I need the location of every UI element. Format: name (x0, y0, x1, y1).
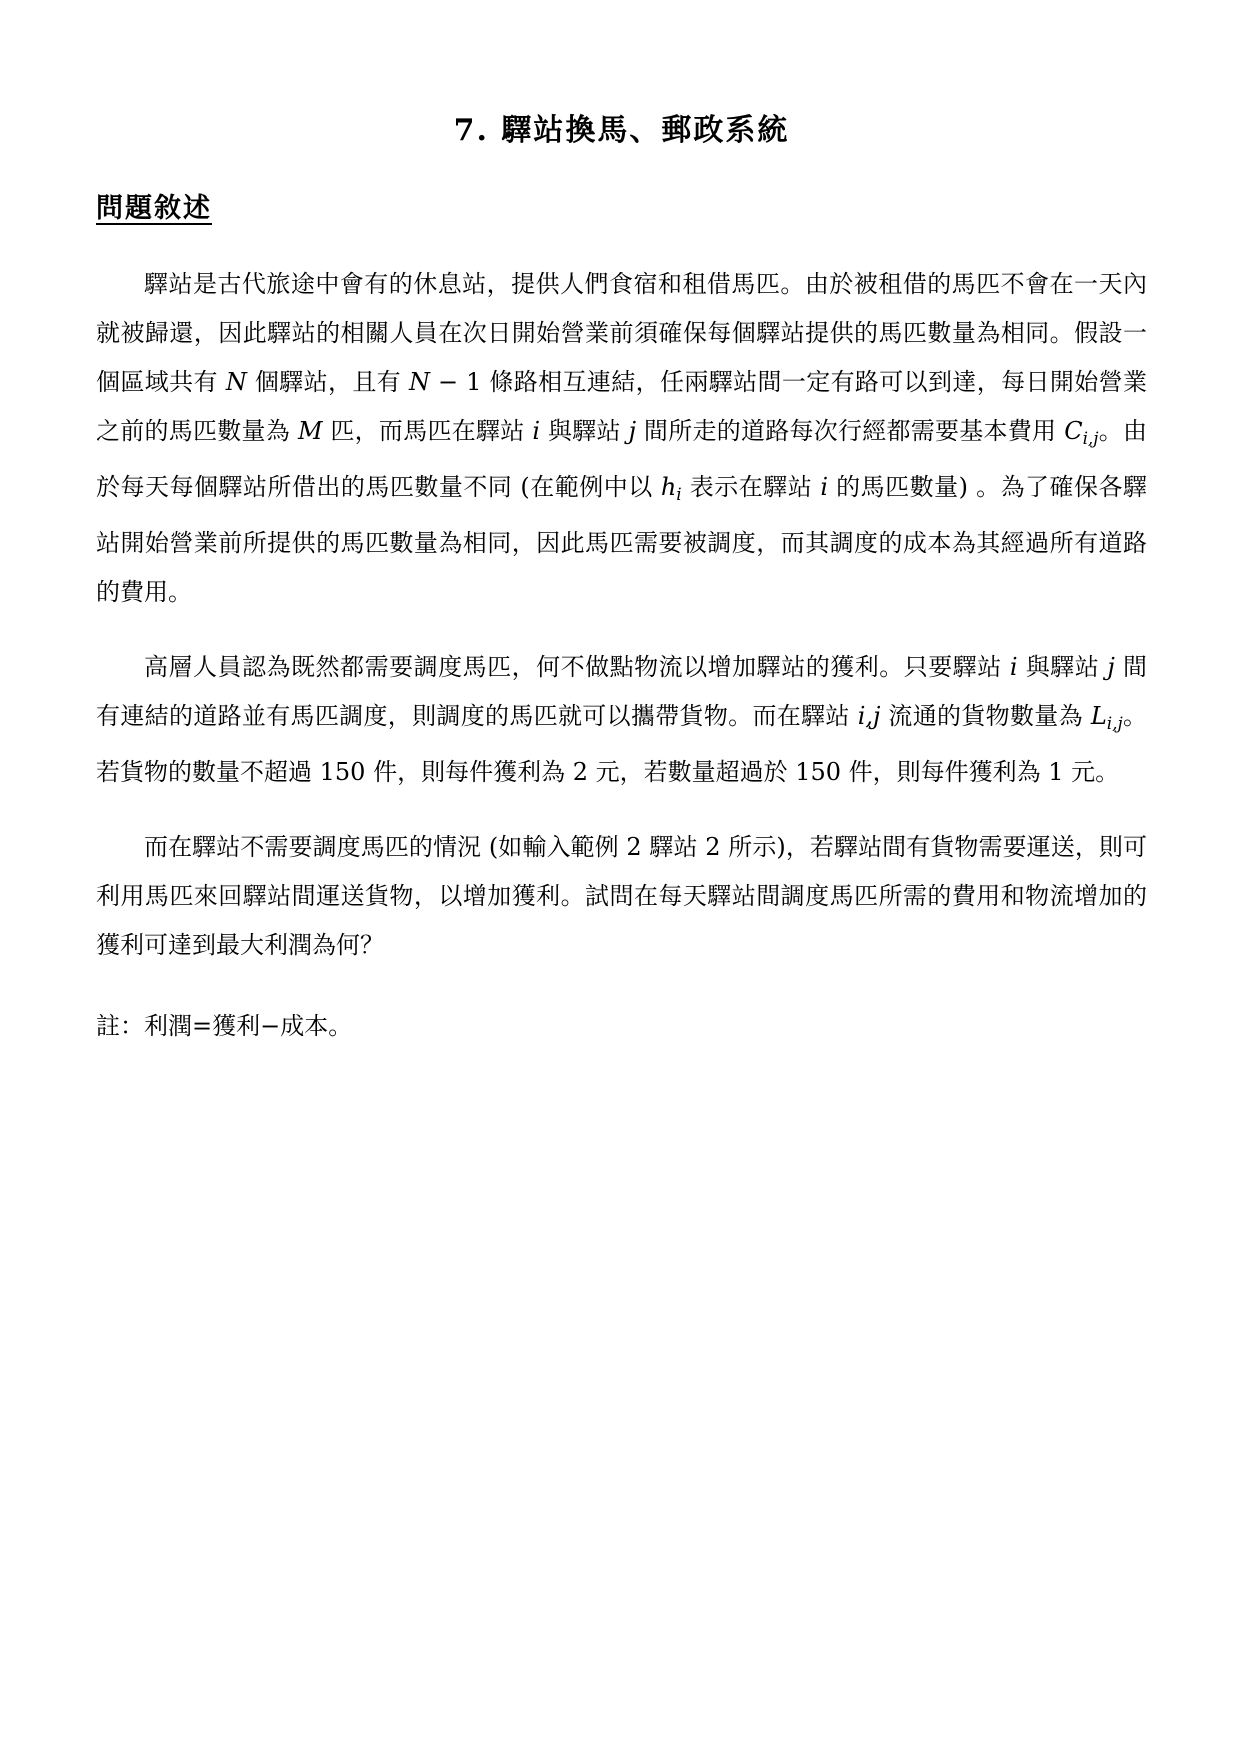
section-heading: 問題敘述 (96, 192, 212, 226)
section-heading-row: 問題敘述 (96, 150, 1147, 226)
note-profit-definition: 註：利潤=獲利−成本。 (96, 1002, 1147, 1051)
page-title: 7. 驛站換馬、郵政系統 (96, 112, 1147, 150)
document-page: 7. 驛站換馬、郵政系統 問題敘述 驛站是古代旅途中會有的休息站，提供人們食宿和… (0, 0, 1241, 1755)
paragraph-problem-setup: 驛站是古代旅途中會有的休息站，提供人們食宿和租借馬匹。由於被租借的馬匹不會在一天… (96, 260, 1147, 617)
paragraph-logistics-profit: 高層人員認為既然都需要調度馬匹，何不做點物流以增加驛站的獲利。只要驛站 i 與驛… (96, 643, 1147, 797)
paragraph-question: 而在驛站不需要調度馬匹的情況 (如輸入範例 2 驛站 2 所示)，若驛站間有貨物… (96, 823, 1147, 970)
